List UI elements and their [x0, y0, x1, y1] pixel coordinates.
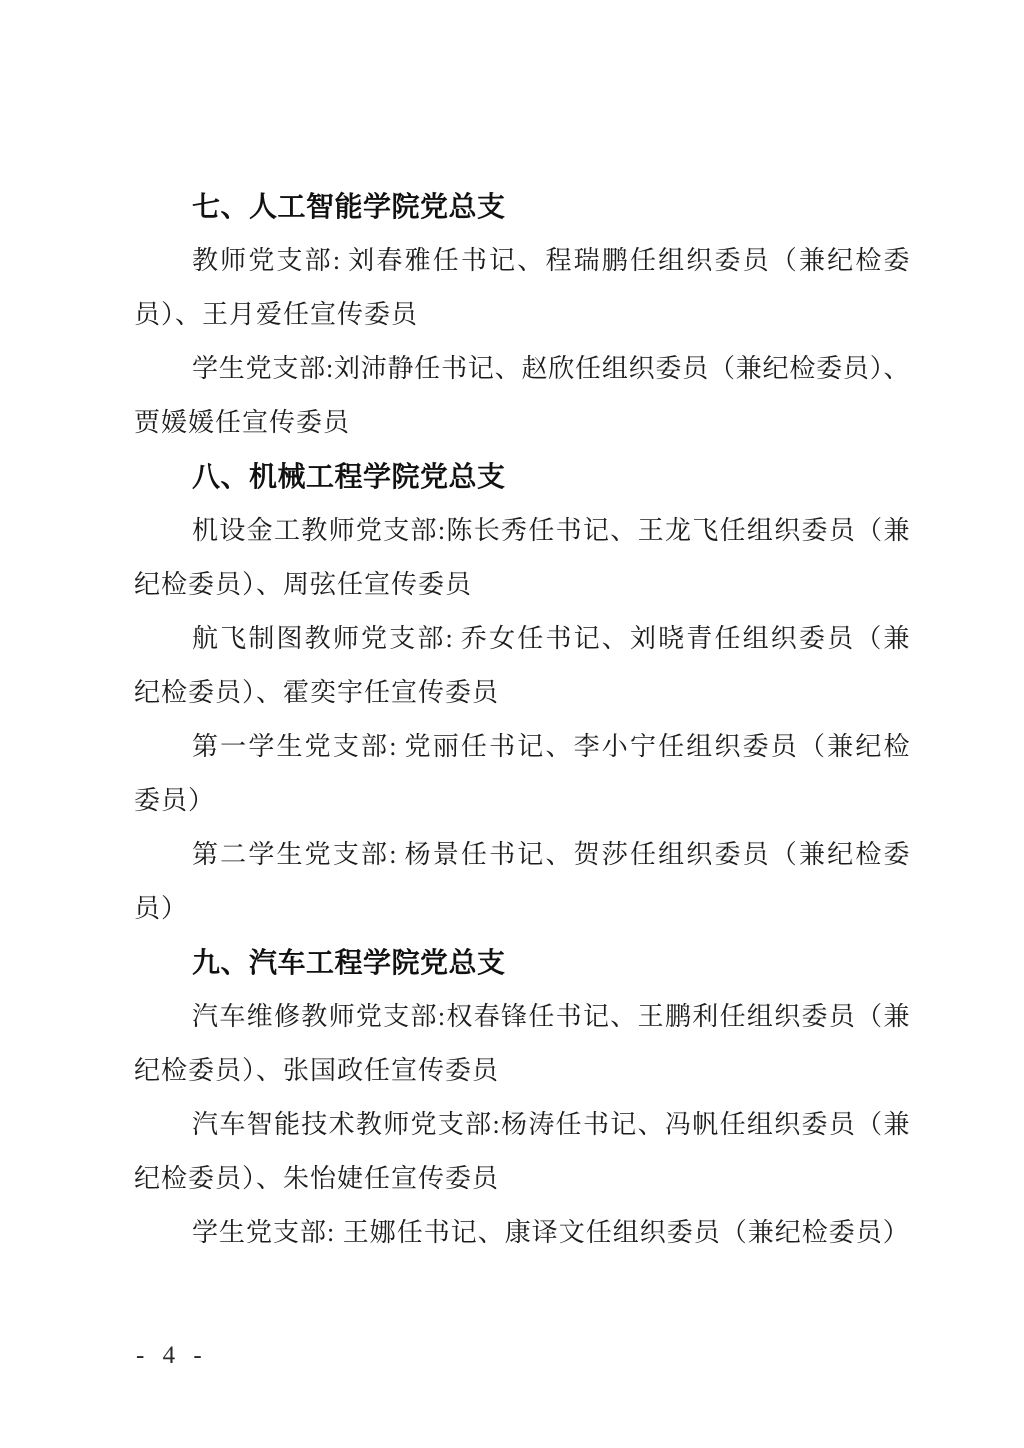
- text-line: 学生党支部:刘沛静任书记、赵欣任组织委员（兼纪检委员）、: [134, 342, 909, 396]
- text-line: 纪检委员）、霍奕宇任宣传委员: [134, 666, 909, 720]
- section-heading: 八、机械工程学院党总支: [134, 450, 909, 504]
- text-line: 贾媛媛任宣传委员: [134, 396, 909, 450]
- page-number: - 4 -: [136, 1341, 208, 1371]
- text-line: 员）、王月爱任宣传委员: [134, 288, 909, 342]
- document-page: 七、人工智能学院党总支教师党支部: 刘春雅任书记、程瑞鹏任组织委员（兼纪检委员）…: [0, 0, 1024, 1448]
- text-line: 纪检委员）、周弦任宣传委员: [134, 558, 909, 612]
- text-line: 第二学生党支部: 杨景任书记、贺莎任组织委员（兼纪检委: [134, 828, 909, 882]
- text-line: 机设金工教师党支部:陈长秀任书记、王龙飞任组织委员（兼: [134, 504, 909, 558]
- text-line: 学生党支部: 王娜任书记、康译文任组织委员（兼纪检委员）: [134, 1206, 909, 1260]
- section-heading: 七、人工智能学院党总支: [134, 180, 909, 234]
- text-line: 委员）: [134, 774, 909, 828]
- text-line: 汽车维修教师党支部:权春锋任书记、王鹏利任组织委员（兼: [134, 990, 909, 1044]
- text-line: 第一学生党支部: 党丽任书记、李小宁任组织委员（兼纪检: [134, 720, 909, 774]
- section-heading: 九、汽车工程学院党总支: [134, 936, 909, 990]
- text-line: 汽车智能技术教师党支部:杨涛任书记、冯帆任组织委员（兼: [134, 1098, 909, 1152]
- text-line: 员）: [134, 882, 909, 936]
- text-line: 教师党支部: 刘春雅任书记、程瑞鹏任组织委员（兼纪检委: [134, 234, 909, 288]
- text-line: 纪检委员）、朱怡婕任宣传委员: [134, 1152, 909, 1206]
- text-line: 航飞制图教师党支部: 乔女任书记、刘晓青任组织委员（兼: [134, 612, 909, 666]
- text-line: 纪检委员）、张国政任宣传委员: [134, 1044, 909, 1098]
- document-body: 七、人工智能学院党总支教师党支部: 刘春雅任书记、程瑞鹏任组织委员（兼纪检委员）…: [134, 180, 909, 1260]
